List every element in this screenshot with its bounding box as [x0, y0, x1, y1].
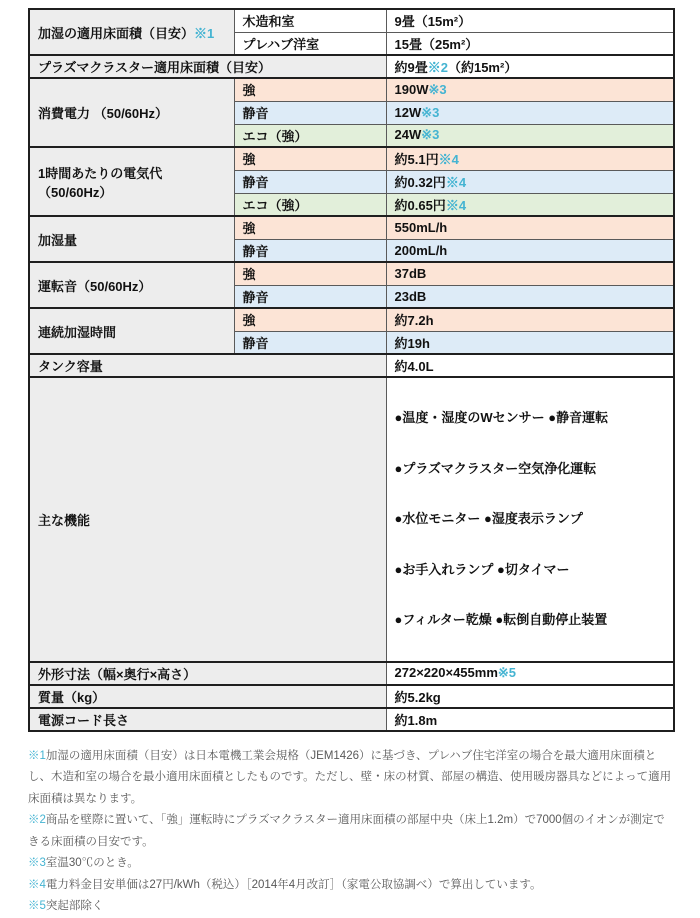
- value-power-strong: 190W※3: [386, 78, 674, 101]
- footnote-text: 室温30℃のとき。: [46, 857, 139, 869]
- value-text: 190W: [395, 82, 429, 97]
- value-amount-strong: 550mL/h: [386, 216, 674, 239]
- value-text: 12W: [395, 105, 422, 120]
- feature-line: ●プラズマクラスター空気浄化運転: [395, 459, 670, 480]
- spec-label-electricity-cost: 1時間あたりの電気代 （50/60Hz）: [29, 147, 234, 216]
- value-text: 約0.65円: [395, 198, 446, 213]
- value-power-quiet: 12W※3: [386, 101, 674, 124]
- footnote-ref-3: ※3: [428, 82, 446, 97]
- footnote-marker: ※2: [28, 814, 46, 826]
- mode-strong: 強: [234, 262, 386, 285]
- label-text: 加湿の適用床面積（目安）: [38, 26, 194, 41]
- row-power-strong: 消費電力 （50/60Hz） 強 190W※3: [29, 78, 674, 101]
- mode-strong: 強: [234, 147, 386, 170]
- value-post: （約15m²）: [448, 60, 517, 75]
- value-power-eco: 24W※3: [386, 124, 674, 147]
- spec-label-plasmacluster-area: プラズマクラスター適用床面積（目安）: [29, 55, 386, 78]
- footnote-ref-3: ※3: [421, 105, 439, 120]
- row-noise-strong: 運転音（50/60Hz） 強 37dB: [29, 262, 674, 285]
- spec-label-dimensions: 外形寸法（幅×奥行×高さ）: [29, 662, 386, 685]
- spec-label-noise: 運転音（50/60Hz）: [29, 262, 234, 308]
- row-plasmacluster-area: プラズマクラスター適用床面積（目安） 約9畳※2（約15m²）: [29, 55, 674, 78]
- mode-quiet: 静音: [234, 331, 386, 354]
- value-noise-quiet: 23dB: [386, 285, 674, 308]
- mode-eco: エコ（強）: [234, 124, 386, 147]
- footnote-ref-1: ※1: [194, 26, 214, 41]
- value-noise-strong: 37dB: [386, 262, 674, 285]
- value-text: 24W: [395, 127, 422, 142]
- row-cord: 電源コード長さ 約1.8m: [29, 708, 674, 731]
- footnote-ref-4: ※4: [446, 175, 466, 190]
- footnote-ref-5: ※5: [498, 665, 516, 680]
- footnote-5: ※5突起部除く: [28, 896, 676, 918]
- value-text: 272×220×455mm: [395, 665, 498, 680]
- footnote-text: 加湿の適用床面積（目安）は日本電機工業会規格（JEM1426）に基づき、プレハブ…: [28, 750, 671, 805]
- row-weight: 質量（kg） 約5.2kg: [29, 685, 674, 708]
- value-text: 約0.32円: [395, 175, 446, 190]
- footnote-marker: ※4: [28, 879, 46, 891]
- mode-quiet: 静音: [234, 239, 386, 262]
- footnote-ref-3: ※3: [421, 127, 439, 142]
- value-amount-quiet: 200mL/h: [386, 239, 674, 262]
- spec-label-continuous-time: 連続加湿時間: [29, 308, 234, 354]
- mode-strong: 強: [234, 216, 386, 239]
- spec-label-humidify-area: 加湿の適用床面積（目安）※1: [29, 9, 234, 55]
- spec-label-tank: タンク容量: [29, 354, 386, 377]
- feature-line: ●お手入れランプ ●切タイマー: [395, 560, 670, 581]
- feature-line: ●フィルター乾燥 ●転倒自動停止装置: [395, 610, 670, 631]
- footnotes-section: ※1加湿の適用床面積（目安）は日本電機工業会規格（JEM1426）に基づき、プレ…: [28, 746, 676, 918]
- value-tank: 約4.0L: [386, 354, 674, 377]
- footnote-text: 突起部除く: [46, 900, 104, 912]
- footnote-3: ※3室温30℃のとき。: [28, 853, 676, 875]
- mode-quiet: 静音: [234, 170, 386, 193]
- footnote-2: ※2商品を壁際に置いて、「強」運転時にプラズマクラスター適用床面積の部屋中央（床…: [28, 810, 676, 853]
- footnote-ref-4: ※4: [439, 152, 459, 167]
- value-continuous-quiet: 約19h: [386, 331, 674, 354]
- value-prefab-room: 15畳（25m²）: [386, 32, 674, 55]
- feature-line: ●温度・湿度のWセンサー ●静音運転: [395, 408, 670, 429]
- row-features: 主な機能 ●温度・湿度のWセンサー ●静音運転 ●プラズマクラスター空気浄化運転…: [29, 377, 674, 662]
- mode-eco: エコ（強）: [234, 193, 386, 216]
- spec-table: 加湿の適用床面積（目安）※1 木造和室 9畳（15m²） プレハブ洋室 15畳（…: [28, 8, 675, 732]
- value-cost-eco: 約0.65円※4: [386, 193, 674, 216]
- mode-strong: 強: [234, 78, 386, 101]
- spec-label-weight: 質量（kg）: [29, 685, 386, 708]
- row-tank: タンク容量 約4.0L: [29, 354, 674, 377]
- footnote-text: 商品を壁際に置いて、「強」運転時にプラズマクラスター適用床面積の部屋中央（床上1…: [28, 814, 665, 848]
- value-continuous-strong: 約7.2h: [386, 308, 674, 331]
- row-cost-strong: 1時間あたりの電気代 （50/60Hz） 強 約5.1円※4: [29, 147, 674, 170]
- footnote-1: ※1加湿の適用床面積（目安）は日本電機工業会規格（JEM1426）に基づき、プレ…: [28, 746, 676, 811]
- value-dimensions: 272×220×455mm※5: [386, 662, 674, 685]
- value-text: 約5.1円: [395, 152, 439, 167]
- footnote-marker: ※1: [28, 750, 46, 762]
- footnote-ref-4: ※4: [446, 198, 466, 213]
- spec-label-power: 消費電力 （50/60Hz）: [29, 78, 234, 147]
- footnote-marker: ※3: [28, 857, 46, 869]
- value-cost-strong: 約5.1円※4: [386, 147, 674, 170]
- footnote-ref-2: ※2: [428, 60, 448, 75]
- spec-page: 加湿の適用床面積（目安）※1 木造和室 9畳（15m²） プレハブ洋室 15畳（…: [0, 0, 700, 918]
- value-cord: 約1.8m: [386, 708, 674, 731]
- spec-label-features: 主な機能: [29, 377, 386, 662]
- value-plasmacluster-area: 約9畳※2（約15m²）: [386, 55, 674, 78]
- row-humidify-area-1: 加湿の適用床面積（目安）※1 木造和室 9畳（15m²）: [29, 9, 674, 32]
- spec-label-humidify-amount: 加湿量: [29, 216, 234, 262]
- feature-line: ●水位モニター ●湿度表示ランプ: [395, 509, 670, 530]
- value-wooden-room: 9畳（15m²）: [386, 9, 674, 32]
- value-cost-quiet: 約0.32円※4: [386, 170, 674, 193]
- mode-strong: 強: [234, 308, 386, 331]
- footnote-text: 電力料金目安単価は27円/kWh（税込）［2014年4月改訂］（家電公取協調べ）…: [46, 879, 542, 891]
- mode-quiet: 静音: [234, 285, 386, 308]
- mode-quiet: 静音: [234, 101, 386, 124]
- footnote-marker: ※5: [28, 900, 46, 912]
- row-amount-strong: 加湿量 強 550mL/h: [29, 216, 674, 239]
- value-weight: 約5.2kg: [386, 685, 674, 708]
- mode-wooden-room: 木造和室: [234, 9, 386, 32]
- row-dimensions: 外形寸法（幅×奥行×高さ） 272×220×455mm※5: [29, 662, 674, 685]
- row-continuous-strong: 連続加湿時間 強 約7.2h: [29, 308, 674, 331]
- mode-prefab-room: プレハブ洋室: [234, 32, 386, 55]
- footnote-4: ※4電力料金目安単価は27円/kWh（税込）［2014年4月改訂］（家電公取協調…: [28, 875, 676, 897]
- spec-label-cord: 電源コード長さ: [29, 708, 386, 731]
- value-pre: 約9畳: [395, 60, 428, 75]
- value-features: ●温度・湿度のWセンサー ●静音運転 ●プラズマクラスター空気浄化運転 ●水位モ…: [386, 377, 674, 662]
